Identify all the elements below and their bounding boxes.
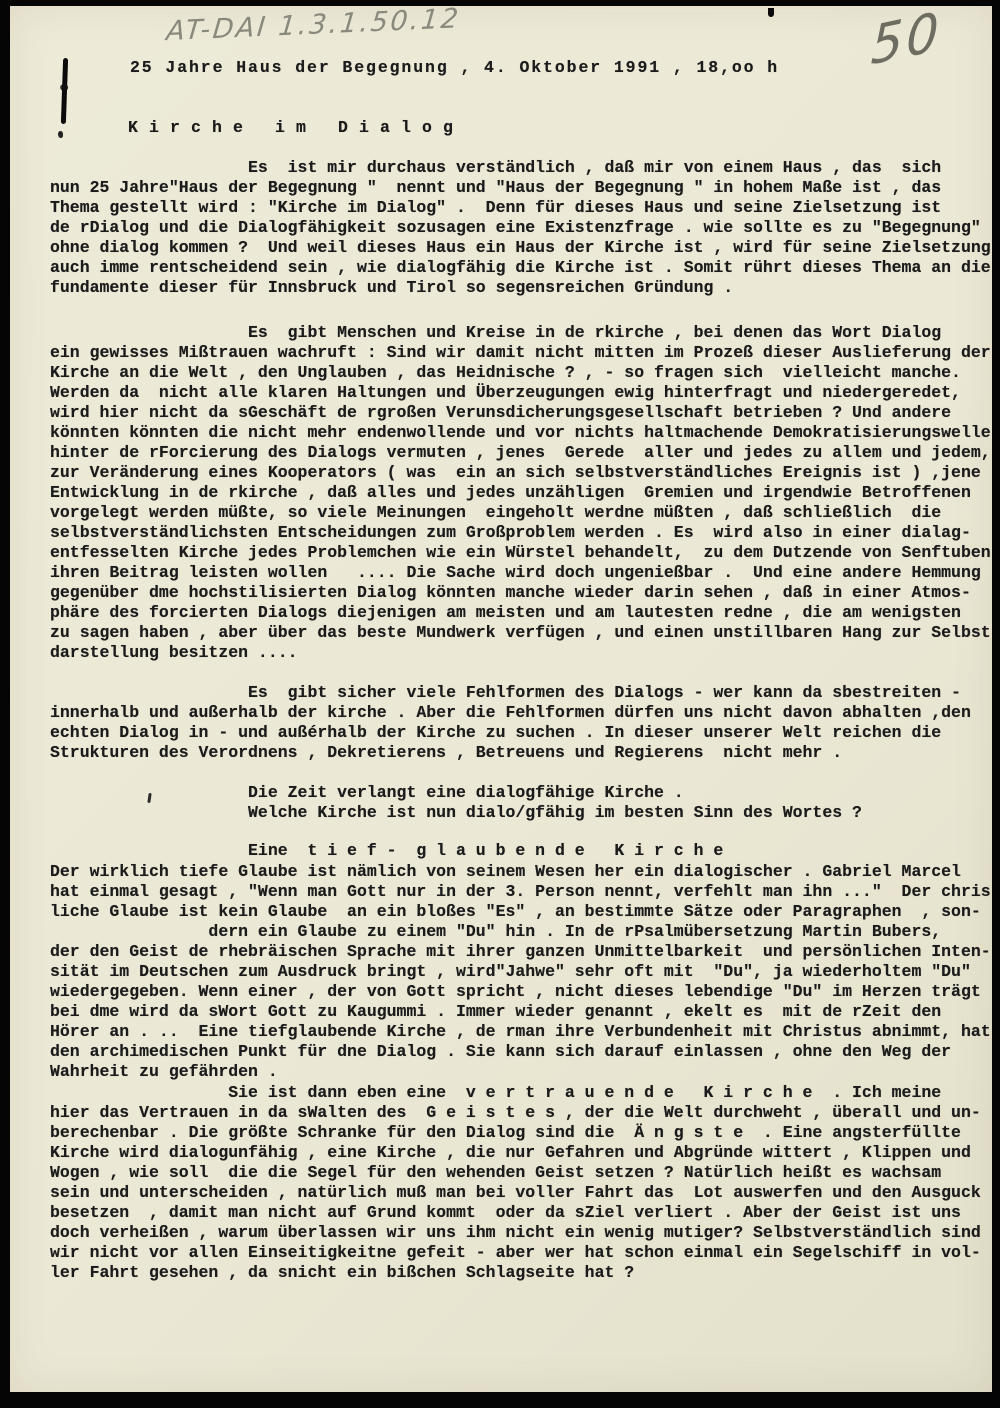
document-header: 25 Jahre Haus der Begegnung , 4. Oktober… <box>130 58 992 78</box>
paragraph-tiefer-glaube: Der wirklich tiefe Glaube ist nämlich vo… <box>50 862 992 1082</box>
handwritten-archive-ref: AT-DAI 1.3.1.50.12 <box>165 6 462 47</box>
paragraph-misstrauen: Es gibt Menschen und Kreise in de rkirch… <box>50 323 992 663</box>
callout-die-zeit: Die Zeit verlangt eine dialogfähige Kirc… <box>50 783 992 823</box>
document-title: K i r c h e i m D i a l o g <box>128 118 992 138</box>
paragraph-intro: Es ist mir durchaus verständlich , daß m… <box>50 158 992 298</box>
paragraph-fehlformen: Es gibt sicher viele Fehlformen des Dial… <box>50 683 992 763</box>
scan-edge-artifact <box>768 8 774 17</box>
scan-background: { "scan": { "paper_color": "#ebe8d5", "i… <box>0 0 1000 1408</box>
document-page: AT-DAI 1.3.1.50.12 50 25 Jahre Haus der … <box>10 6 992 1392</box>
paragraph-vertrauende-kirche: Sie ist dann eben eine v e r t r a u e n… <box>50 1083 992 1283</box>
ink-speck <box>58 131 63 138</box>
staple-mark <box>61 58 68 124</box>
section-heading-tief-glaubende-kirche: Eine t i e f - g l a u b e n d e K i r c… <box>50 841 992 861</box>
